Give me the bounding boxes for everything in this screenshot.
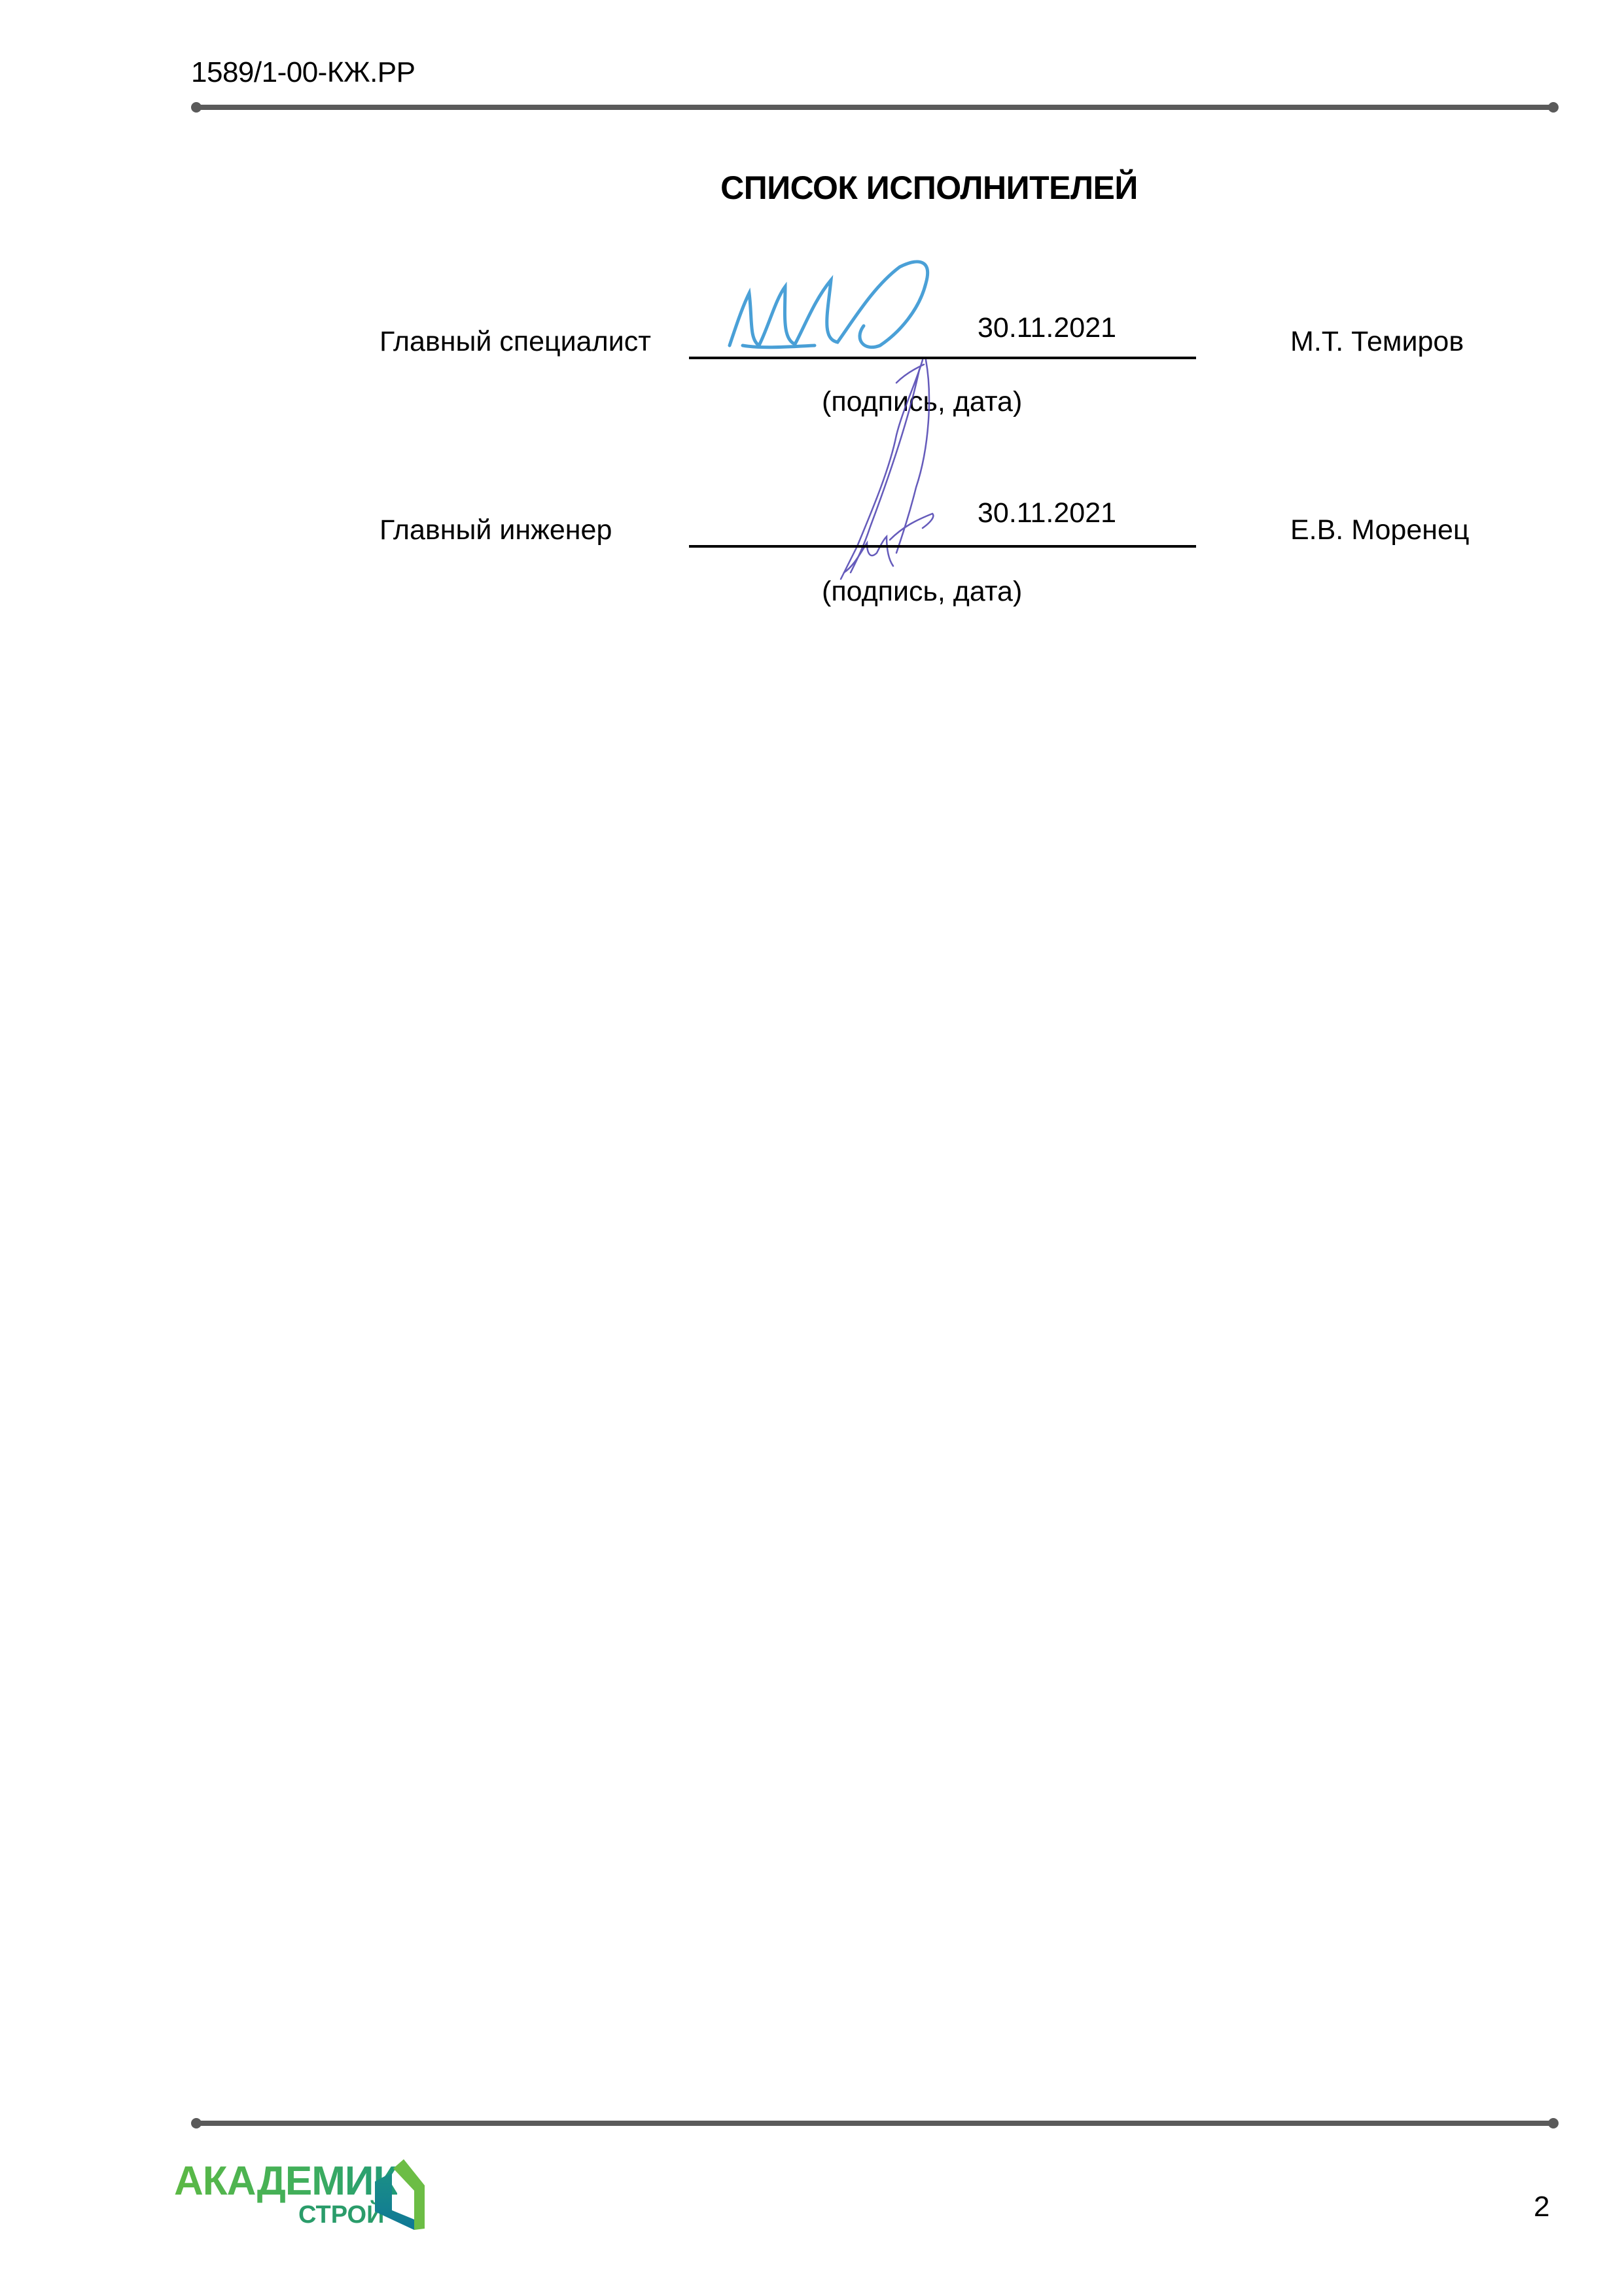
executor-role: Главный специалист	[380, 326, 651, 358]
signature-caption: (подпись, дата)	[822, 576, 1022, 608]
page-number: 2	[1534, 2191, 1549, 2223]
executor-name: М.Т. Темиров	[1290, 326, 1464, 358]
house-logo-icon	[374, 2159, 426, 2233]
signature-line	[689, 545, 1196, 548]
document-code: 1589/1-00-КЖ.РР	[191, 56, 415, 89]
footer-rule	[195, 2121, 1555, 2126]
logo-sub-text: СТРОЙ	[298, 2201, 384, 2229]
executor-role: Главный инженер	[380, 514, 612, 546]
executor-name: Е.В. Моренец	[1290, 514, 1470, 546]
header-rule	[195, 105, 1555, 110]
company-logo: АКАДЕМИК СТРОЙ	[174, 2158, 436, 2243]
signature-icon	[805, 357, 949, 586]
page-title: СПИСОК ИСПОЛНИТЕЛЕЙ	[0, 169, 1624, 207]
logo-main-text: АКАДЕМИК	[174, 2158, 397, 2204]
executor-date: 30.11.2021	[978, 312, 1116, 344]
signature-icon	[723, 247, 959, 365]
executor-date: 30.11.2021	[978, 497, 1116, 529]
